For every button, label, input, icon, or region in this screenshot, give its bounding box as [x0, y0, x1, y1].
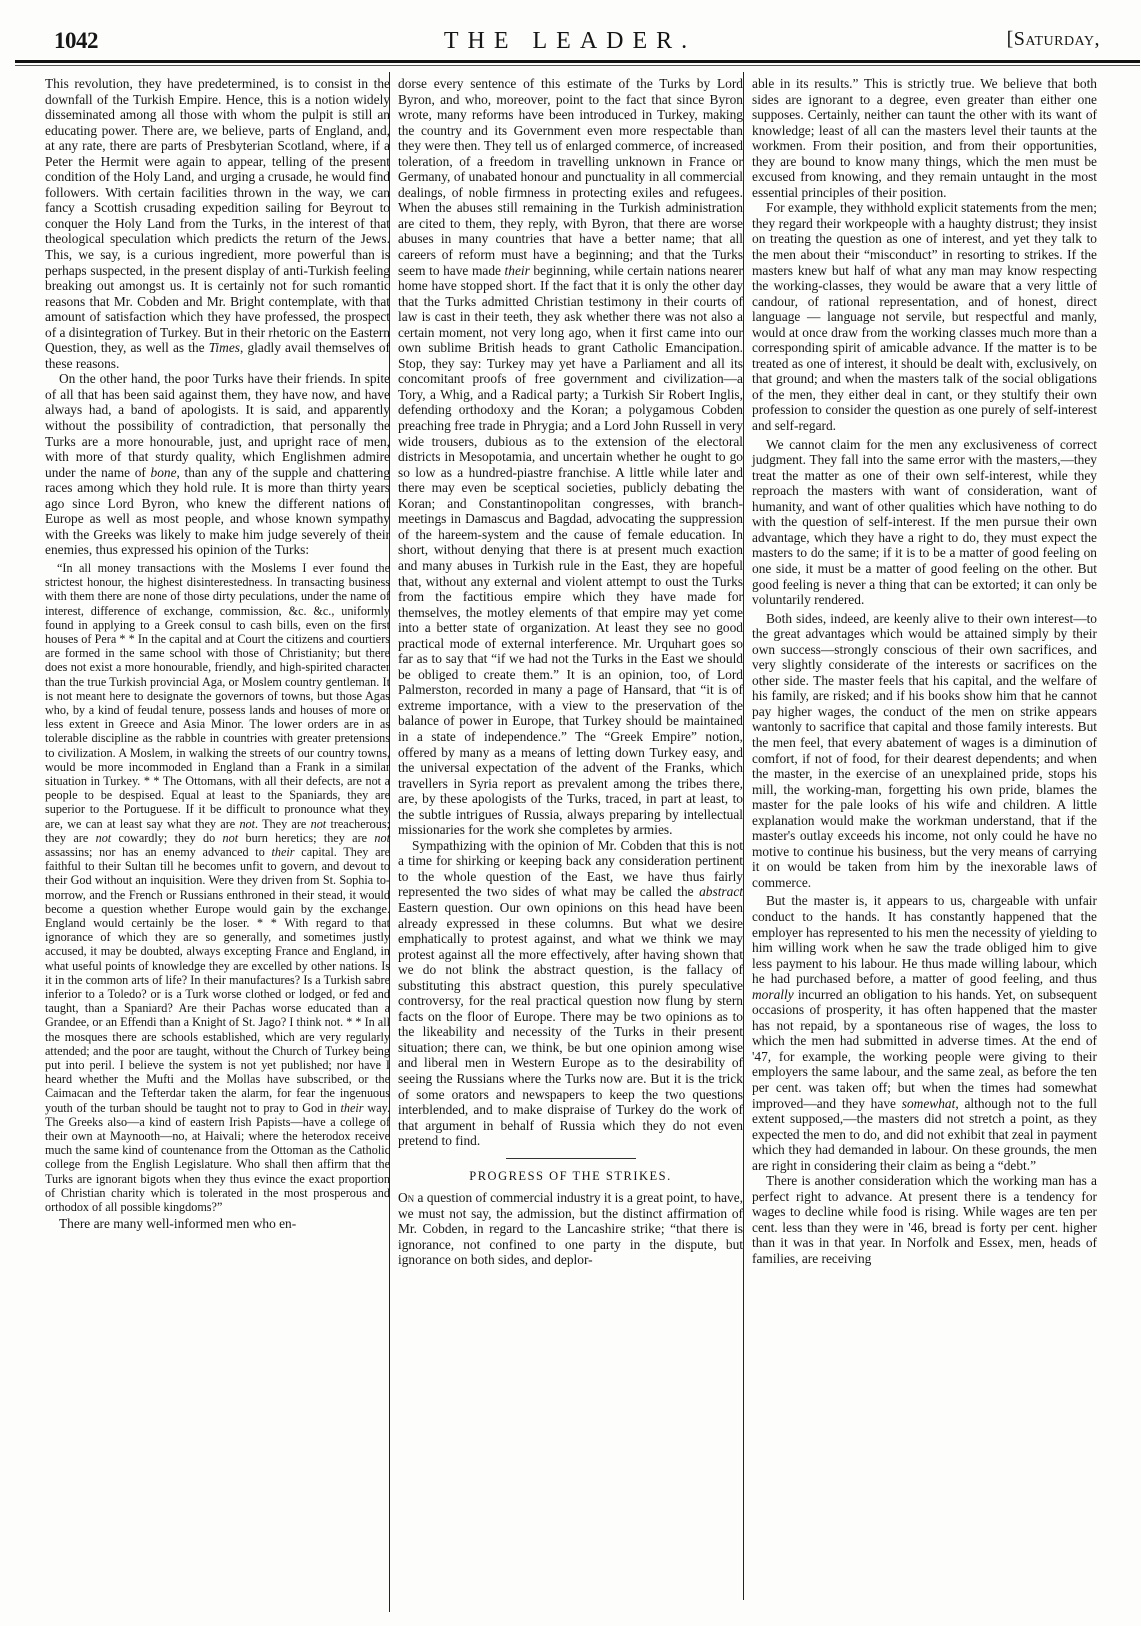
newspaper-title: THE LEADER.: [40, 28, 1100, 55]
italic-text: their: [341, 1101, 364, 1115]
paragraph: For example, they withhold explicit stat…: [752, 200, 1097, 433]
column-1: This revolution, they have predetermined…: [45, 76, 390, 1232]
paragraph: On the other hand, the poor Turks have t…: [45, 371, 390, 558]
text: But the master is, it appears to us, cha…: [752, 893, 1097, 986]
text: cowardly; they do: [111, 831, 222, 845]
italic-text: not: [96, 831, 112, 845]
italic-text: their: [505, 263, 530, 278]
masthead-rule: [15, 60, 1140, 63]
paragraph: Sympathizing with the opinion of Mr. Cob…: [398, 838, 743, 1149]
text: . They are: [255, 817, 311, 831]
text: way. The Greeks also—a kind of eastern I…: [45, 1101, 390, 1214]
column-2: dorse every sentence of this estimate of…: [398, 76, 743, 1268]
paragraph: Both sides, indeed, are keenly alive to …: [752, 611, 1097, 891]
italic-text: abstract: [699, 884, 743, 899]
text: capital. They are faithful to their Sult…: [45, 845, 390, 1115]
text: incurred an obligation to his hands. Yet…: [752, 987, 1097, 1111]
section-heading: PROGRESS OF THE STRIKES.: [398, 1169, 743, 1185]
text: a question of commercial industry it is …: [398, 1190, 743, 1267]
italic-text: not: [374, 831, 390, 845]
italic-text: morally: [752, 987, 794, 1002]
italic-text: somewhat: [902, 1096, 956, 1111]
masthead-rule-thin: [15, 65, 1140, 66]
italic-text: not: [311, 817, 327, 831]
paragraph: On a question of commercial industry it …: [398, 1190, 743, 1268]
text: Eastern question. Our own opinions on th…: [398, 900, 743, 1148]
paragraph: This revolution, they have predetermined…: [45, 76, 390, 371]
italic-text: not: [223, 831, 239, 845]
italic-text: Times: [209, 340, 240, 355]
dateline: [Saturday,: [1007, 28, 1100, 51]
paragraph: There are many well-informed men who en-: [45, 1216, 390, 1232]
section-divider: [506, 1158, 636, 1159]
paragraph: dorse every sentence of this estimate of…: [398, 76, 743, 838]
text: This revolution, they have predetermined…: [45, 76, 390, 355]
text: beginning, while certain nations nearer …: [398, 263, 743, 838]
text: Sympathizing with the opinion of Mr. Cob…: [398, 838, 743, 900]
paragraph: able in its results.” This is strictly t…: [752, 76, 1097, 200]
paragraph: But the master is, it appears to us, cha…: [752, 893, 1097, 1173]
column-divider: [743, 72, 744, 1600]
text: assassins; nor has an enemy advanced to: [45, 845, 272, 859]
paragraph: There is another consideration which the…: [752, 1173, 1097, 1266]
italic-text: bone: [151, 465, 177, 480]
text: dorse every sentence of this estimate of…: [398, 76, 743, 278]
italic-text: their: [272, 845, 295, 859]
text: burn heretics; they are: [238, 831, 374, 845]
italic-text: not: [239, 817, 255, 831]
text: “In all money transactions with the Mosl…: [45, 561, 390, 831]
byron-quotation: “In all money transactions with the Mosl…: [45, 561, 390, 1214]
paragraph: We cannot claim for the men any exclusiv…: [752, 437, 1097, 608]
text: On the other hand, the poor Turks have t…: [45, 371, 390, 479]
lead-word: On: [398, 1190, 414, 1205]
column-3: able in its results.” This is strictly t…: [752, 76, 1097, 1267]
